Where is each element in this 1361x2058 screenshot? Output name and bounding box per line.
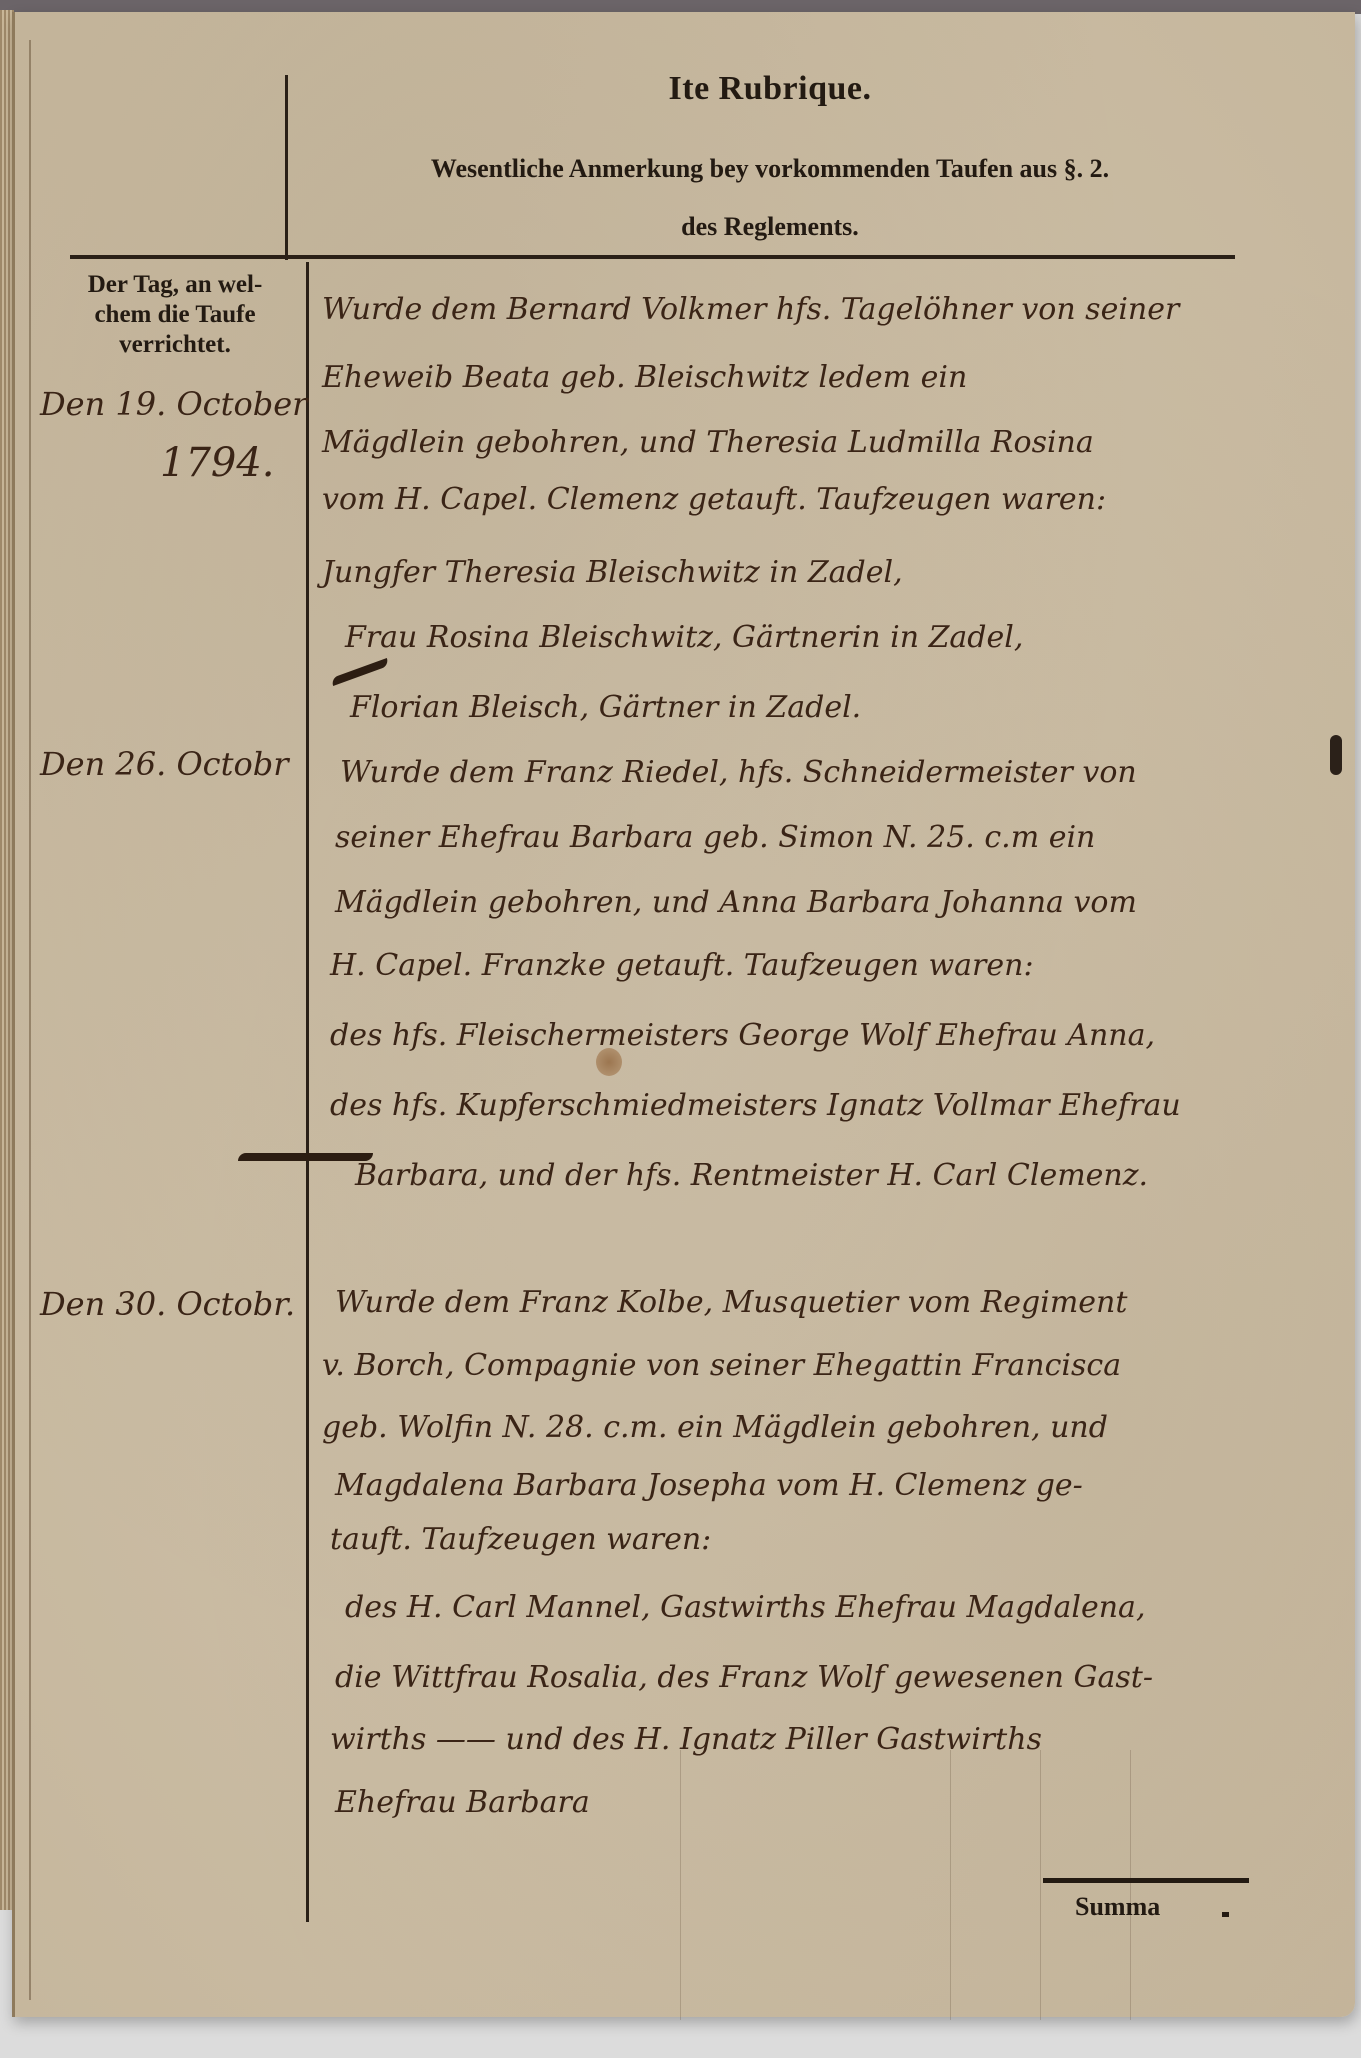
entry-1-line: Mägdlein gebohren, und Theresia Ludmilla… <box>322 425 1094 460</box>
entry-3-line: Magdalena Barbara Josepha vom H. Clemenz… <box>335 1468 1083 1503</box>
pen-flourish <box>238 1153 373 1161</box>
page-edge-mark <box>1330 735 1342 775</box>
entry-1-line: Frau Rosina Bleischwitz, Gärtnerin in Za… <box>345 620 1023 655</box>
entry-2-line: seiner Ehefrau Barbara geb. Simon N. 25.… <box>335 820 1095 855</box>
entry-2-line: Wurde dem Franz Riedel, hfs. Schneiderme… <box>340 755 1137 790</box>
entry-1-line: Florian Bleisch, Gärtner in Zadel. <box>350 690 861 725</box>
entry-3-line: tauft. Taufzeugen waren: <box>330 1522 711 1557</box>
ink-stain <box>596 1048 622 1076</box>
column-header-line: verrichtet. <box>60 330 290 360</box>
entry-2-date: Den 26. Octobr <box>40 745 289 783</box>
header-divider-vertical <box>285 75 288 260</box>
guide-line <box>1130 1750 1131 2020</box>
summa-dash <box>1222 1912 1229 1917</box>
column-header-line: Der Tag, an wel- <box>60 270 290 300</box>
column-header-line: chem die Taufe <box>60 300 290 330</box>
entry-2-line: des hfs. Kupferschmiedmeisters Ignatz Vo… <box>330 1088 1181 1123</box>
entry-2-line: Mägdlein gebohren, und Anna Barbara Joha… <box>335 885 1137 920</box>
entry-1-date: Den 19. October <box>40 385 307 423</box>
page-inner-border <box>29 40 31 2000</box>
entry-3-line: geb. Wolfin N. 28. c.m. ein Mägdlein geb… <box>322 1410 1108 1445</box>
entry-2-line: Barbara, und der hfs. Rentmeister H. Car… <box>355 1158 1148 1193</box>
column-divider <box>306 262 309 1922</box>
entry-1-line: Jungfer Theresia Bleischwitz in Zadel, <box>322 555 903 590</box>
entry-3-line: v. Borch, Compagnie von seiner Ehegattin… <box>322 1348 1121 1383</box>
entry-3-line: des H. Carl Mannel, Gastwirths Ehefrau M… <box>345 1590 1145 1625</box>
header-divider-horizontal <box>70 255 1235 259</box>
entry-3-line: die Wittfrau Rosalia, des Franz Wolf gew… <box>335 1660 1153 1695</box>
subtitle-line-2: des Reglements. <box>300 198 1240 256</box>
entry-1-year: 1794. <box>160 440 275 486</box>
entry-1-line: Eheweib Beata geb. Bleischwitz ledem ein <box>322 360 967 395</box>
subtitle-line-1: Wesentliche Anmerkung bey vorkommenden T… <box>300 140 1240 198</box>
guide-line <box>950 1750 951 2020</box>
summa-label: Summa <box>1075 1892 1160 1922</box>
entry-2-line: des hfs. Fleischermeisters George Wolf E… <box>330 1018 1155 1053</box>
rubrique-subtitle: Wesentliche Anmerkung bey vorkommenden T… <box>300 140 1240 256</box>
entry-2-line: H. Capel. Franzke getauft. Taufzeugen wa… <box>330 948 1034 983</box>
guide-line <box>1040 1750 1041 2020</box>
entry-3-line: Wurde dem Franz Kolbe, Musquetier vom Re… <box>335 1285 1127 1320</box>
entry-3-line: Ehefrau Barbara <box>335 1785 590 1820</box>
entry-3-date: Den 30. Octobr. <box>40 1285 295 1323</box>
entry-1-line: Wurde dem Bernard Volkmer hfs. Tagelöhne… <box>322 292 1179 327</box>
summa-rule <box>1043 1878 1249 1883</box>
entry-1-line: vom H. Capel. Clemenz getauft. Taufzeuge… <box>322 482 1106 517</box>
entry-3-line: wirths —— und des H. Ignatz Piller Gastw… <box>330 1722 1042 1757</box>
date-column-header: Der Tag, an wel- chem die Taufe verricht… <box>60 270 290 360</box>
guide-line <box>680 1750 681 2020</box>
rubrique-title: Ite Rubrique. <box>300 70 1240 108</box>
